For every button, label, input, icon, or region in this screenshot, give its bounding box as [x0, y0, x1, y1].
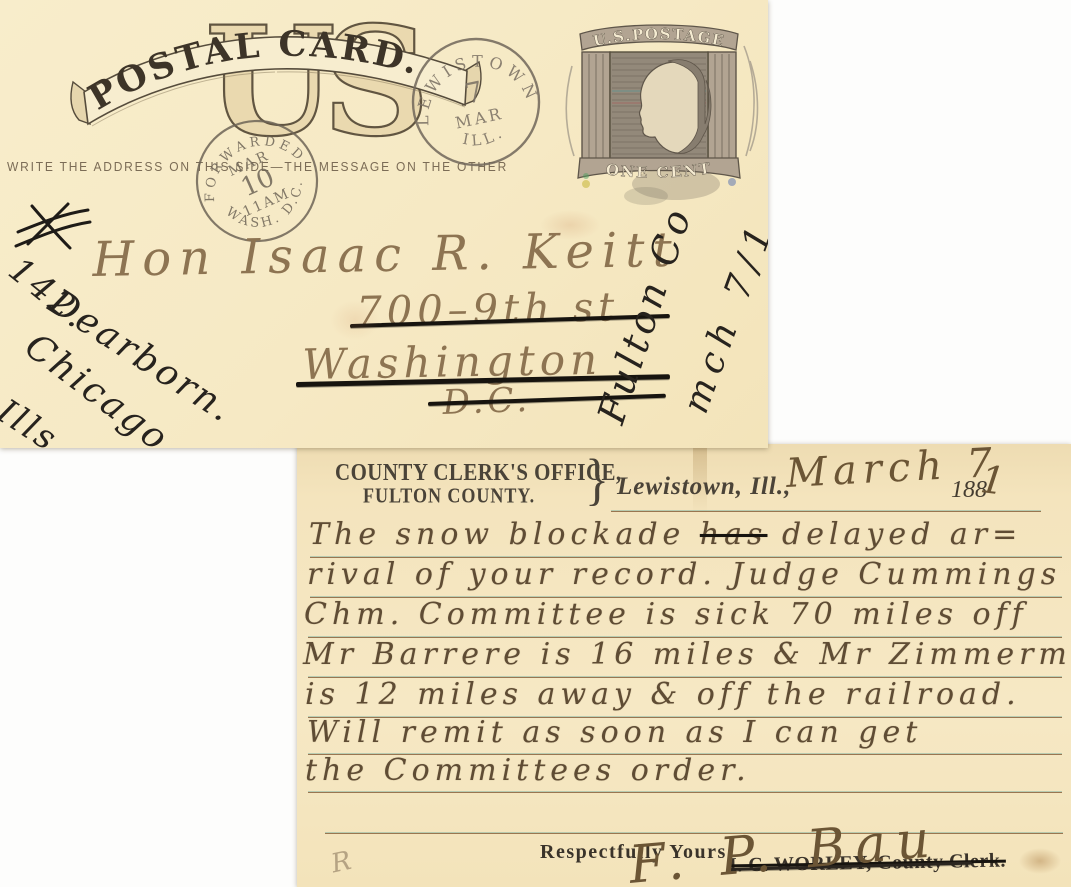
rosette-color-speck1: [582, 180, 590, 188]
letterhead-office: COUNTY CLERK'S OFFICE,: [335, 460, 622, 485]
message-line-7: the Committees order.: [305, 756, 751, 786]
rosette-color-speck3: [583, 173, 589, 179]
dateline-rule: [611, 510, 1041, 512]
message-rule-7: [308, 791, 1062, 793]
signature-handwritten: F. P. Bau: [627, 813, 942, 887]
postmark-lewistown: LEWISTOWN 7 MAR ILL.: [393, 19, 559, 185]
address-line-name: Hon Isaac R. Keitt: [92, 226, 680, 284]
message-line-5: is 12 miles away & off the railroad.: [305, 680, 1021, 710]
one-cent-stamp: U.S.POSTAGE ONE CENT: [556, 6, 768, 206]
message-line-1-pre: The snow blockade: [309, 517, 700, 552]
message-line-1-struck: has: [700, 517, 768, 552]
postcard-front: US POSTAL CARD. WRITE THE ADDRESS ON THI…: [0, 0, 768, 448]
message-line-4: Mr Barrere is 16 miles & Mr Zimmerman: [303, 640, 1071, 670]
message-line-1: The snow blockade has delayed ar=: [309, 520, 1022, 550]
message-line-2: rival of your record. Judge Cummings: [307, 560, 1061, 590]
message-line-6: Will remit as soon as I can get: [307, 718, 922, 748]
ink-stain: [1019, 848, 1061, 874]
message-line-3: Chm. Committee is sick 70 miles off: [304, 600, 1028, 630]
docket-date-note: mch 7/1: [678, 215, 768, 418]
letterhead-brace: }: [585, 450, 609, 508]
redirect-state: Ills.: [0, 394, 76, 448]
postcard-back: COUNTY CLERK'S OFFICE, FULTON COUNTY. } …: [297, 444, 1071, 887]
pencil-mark: R: [329, 848, 354, 878]
scanned-postcards-photo: { "card_front": { "monogram": "US", "ban…: [0, 0, 1071, 887]
letterhead-county: FULTON COUNTY.: [363, 486, 535, 507]
message-line-1-post: delayed ar=: [767, 517, 1022, 552]
letterhead-place: Lewistown, Ill.,: [617, 474, 791, 499]
postmark-day: 7: [462, 75, 486, 111]
rosette-color-speck2: [728, 178, 736, 186]
year-handwritten: 1: [978, 460, 1007, 501]
